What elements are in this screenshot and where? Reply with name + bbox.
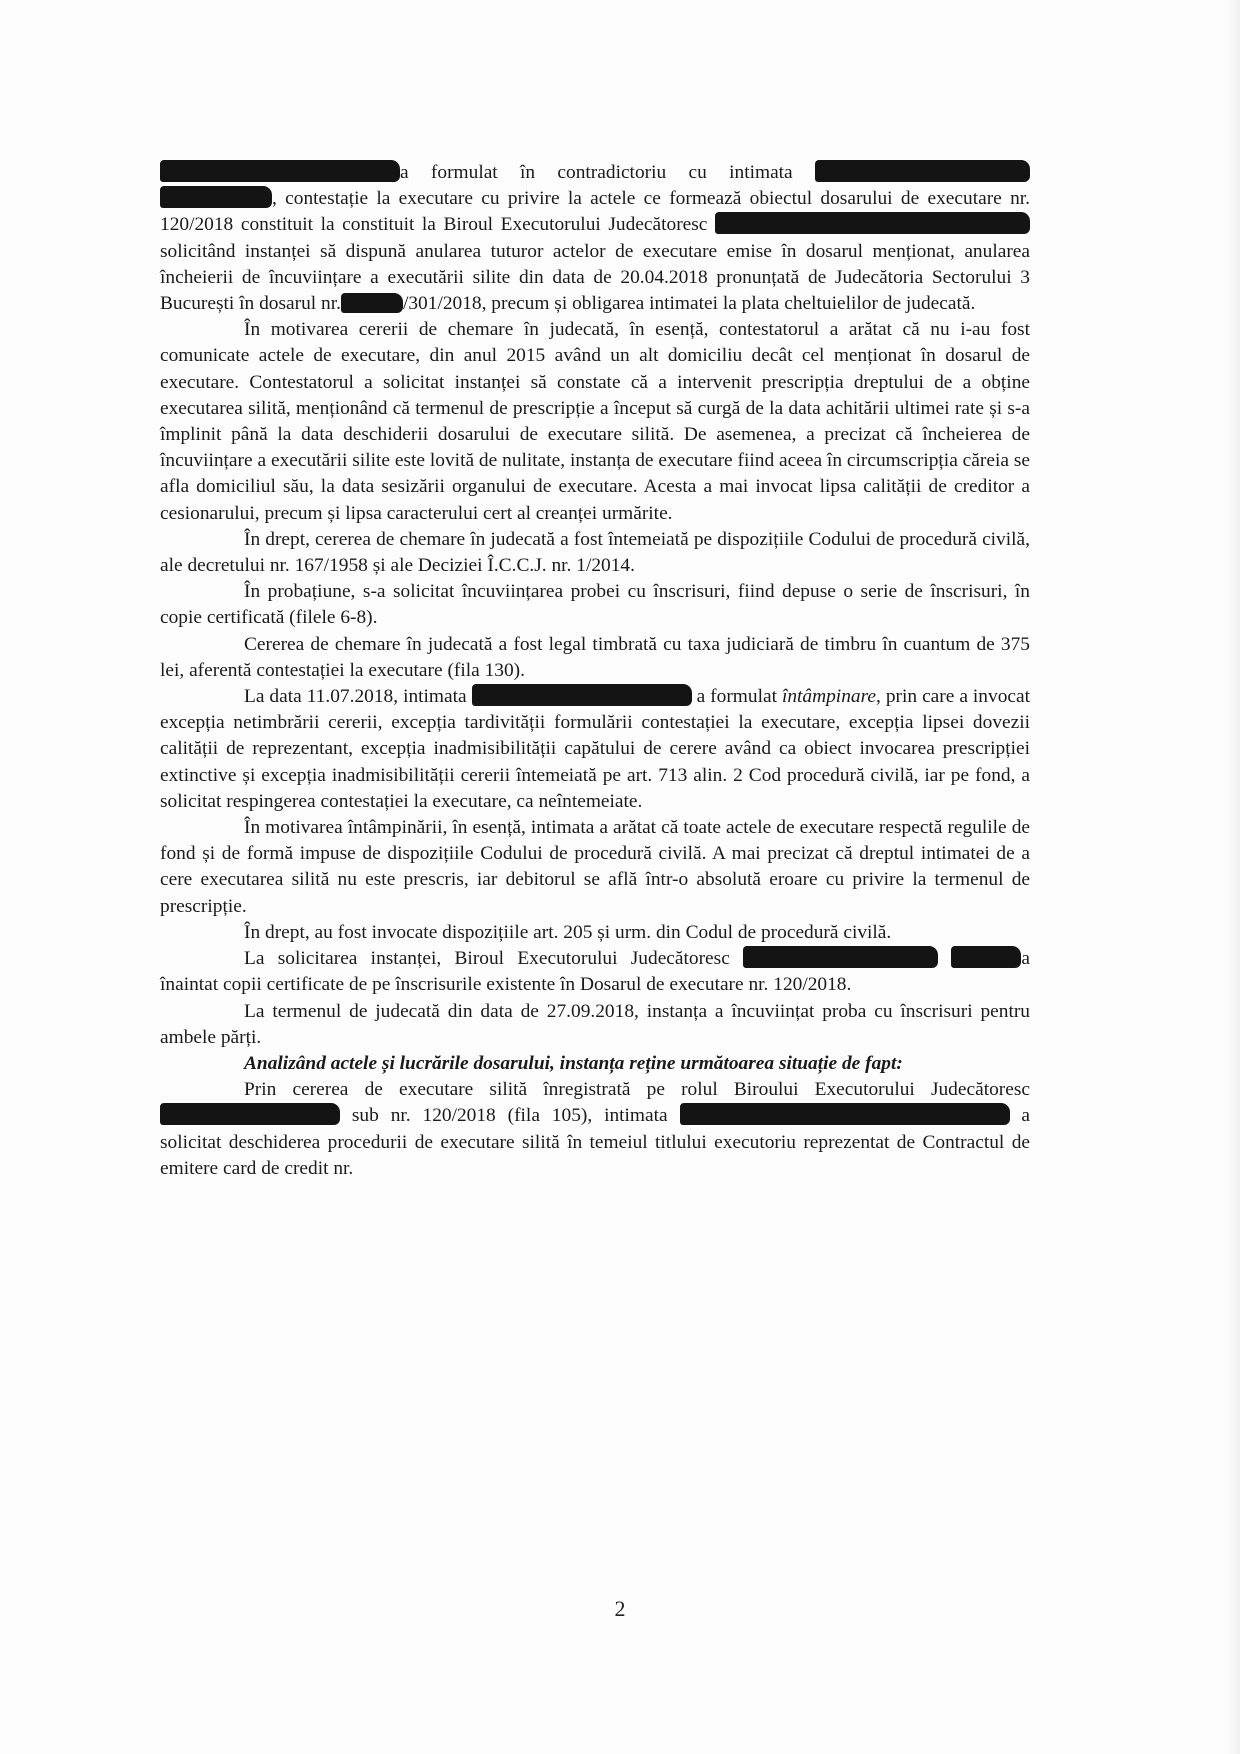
redaction-intimata-cont xyxy=(160,188,272,209)
redaction-contestator xyxy=(160,160,400,182)
text-segment: sub nr. 120/2018 (fila 105), intimata xyxy=(340,1105,680,1126)
paragraph-hearing: La termenul de judecată din data de 27.0… xyxy=(160,999,1030,1051)
document-body: a formulat în contradictoriu cu intimata… xyxy=(160,160,1030,1182)
text-segment: /301/2018, precum și obligarea intimatei… xyxy=(403,293,975,314)
paragraph-stamp-duty: Cererea de chemare în judecată a fost le… xyxy=(160,632,1030,684)
text-segment: a formulat xyxy=(692,686,782,707)
italic-term: întâmpinare xyxy=(782,686,876,707)
paragraph-legal-basis: În drept, cererea de chemare în judecată… xyxy=(160,527,1030,579)
redaction-executor xyxy=(715,212,1030,234)
text-segment: La solicitarea instanței, Biroul Executo… xyxy=(244,948,743,969)
section-heading-findings: Analizând actele și lucrările dosarului,… xyxy=(160,1051,1030,1077)
redaction-intimata-line2 xyxy=(160,186,272,208)
paragraph-defence-legal-basis: În drept, au fost invocate dispozițiile … xyxy=(160,920,1030,946)
redaction-executor-2-cont xyxy=(951,946,1021,968)
paragraph-defence-motivation: În motivarea întâmpinării, în esență, in… xyxy=(160,815,1030,920)
redaction-executor-3 xyxy=(160,1103,340,1125)
scan-edge xyxy=(1226,0,1240,1754)
paragraph-motivation: În motivarea cererii de chemare în judec… xyxy=(160,317,1030,527)
paragraph-evidence: În probațiune, s-a solicitat încuviințar… xyxy=(160,579,1030,631)
redaction-executor-2 xyxy=(743,946,938,968)
text-segment: La data 11.07.2018, intimata xyxy=(244,686,472,707)
paragraph-enforcement-request: Prin cererea de executare silită înregis… xyxy=(160,1077,1030,1182)
redaction-intimata-3 xyxy=(680,1103,1010,1125)
paragraph-statement-of-defence: La data 11.07.2018, intimata a formulat … xyxy=(160,684,1030,815)
text-segment: a formulat în contradictoriu cu intimata xyxy=(400,162,815,183)
redaction-intimata-2 xyxy=(472,684,692,706)
paragraph-contestation-summary: a formulat în contradictoriu cu intimata… xyxy=(160,160,1030,317)
document-page: a formulat în contradictoriu cu intimata… xyxy=(0,0,1240,1754)
page-number: 2 xyxy=(0,1596,1240,1622)
paragraph-executor-copies: La solicitarea instanței, Biroul Executo… xyxy=(160,946,1030,998)
redaction-file-number xyxy=(341,293,403,313)
text-segment: Prin cererea de executare silită înregis… xyxy=(244,1079,1030,1100)
redaction-intimata xyxy=(815,160,1030,182)
